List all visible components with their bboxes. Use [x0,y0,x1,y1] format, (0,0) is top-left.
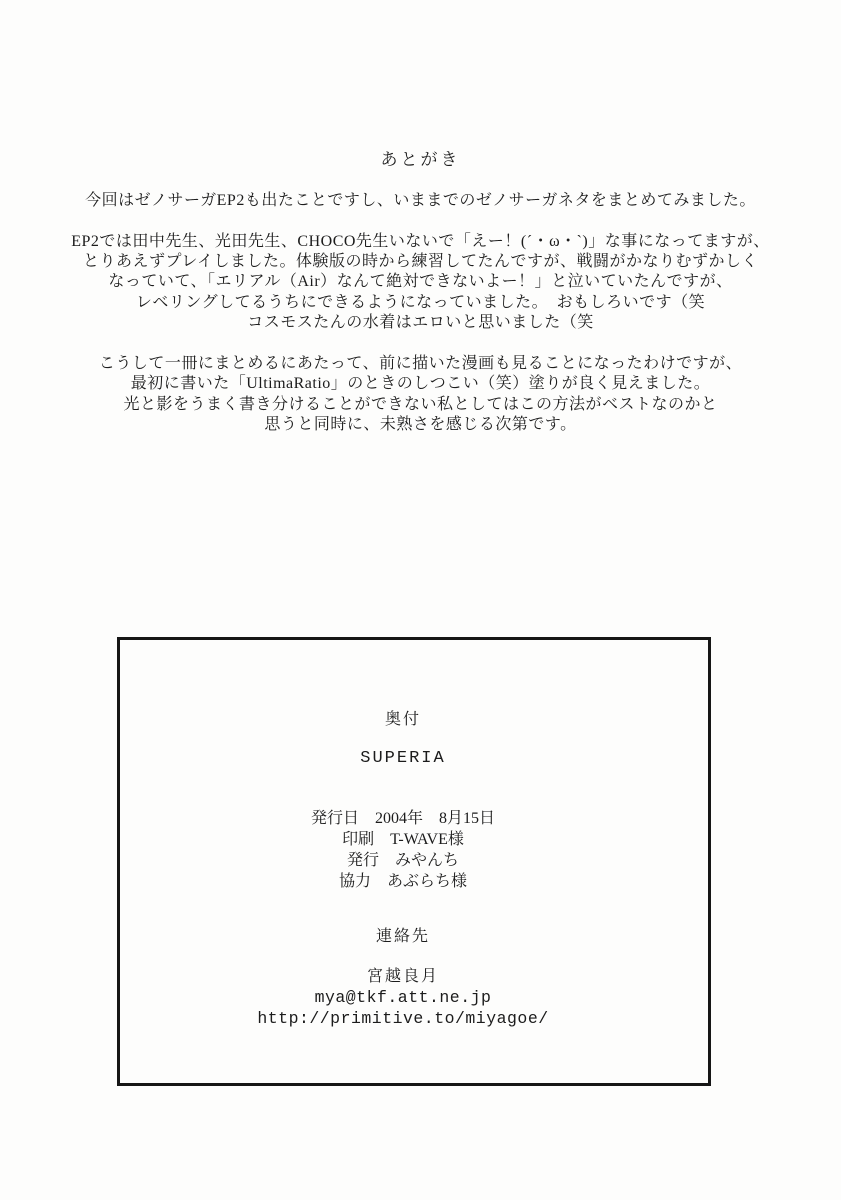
text-line: 思うと同時に、未熟さを感じる次第です。 [0,415,841,435]
text-line: 光と影をうまく書き分けることができない私としてはこの方法がベストなのかと [0,395,841,415]
detail-line-issue-date: 発行日 2004年 8月15日 [120,808,686,829]
email-address: mya@tkf.att.ne.jp [120,987,686,1008]
afterword-section: あとがき 今回はゼノサーガEP2も出たことですし、いままでのゼノサーガネタをまと… [0,150,841,436]
colophon-box: 奥付 SUPERIA 発行日 2004年 8月15日 印刷 T-WAVE様 発行… [117,637,711,1086]
text-line: とりあえずプレイしました。体験版の時から練習してたんですが、戦闘がかなりむずかし… [0,252,841,272]
afterword-title: あとがき [0,150,841,170]
detail-line-cooperation: 協力 あぶらち様 [120,871,686,892]
website-url: http://primitive.to/miyagoe/ [120,1008,686,1029]
author-name: 宮越良月 [120,966,686,987]
colophon-heading: 奥付 [120,709,686,730]
scanned-afterword-page: あとがき 今回はゼノサーガEP2も出たことですし、いままでのゼノサーガネタをまと… [0,0,841,1200]
text-line: EP2では田中先生、光田先生、CHOCO先生いないで「えー！(´・ω・`)」な事… [0,232,841,252]
text-line: 今回はゼノサーガEP2も出たことですし、いままでのゼノサーガネタをまとめてみまし… [0,191,841,211]
text-line: コスモスたんの水着はエロいと思いました（笑 [0,313,841,333]
book-title: SUPERIA [120,748,686,769]
text-line: レベリングしてるうちにできるようになっていました。 おもしろいです（笑 [0,293,841,313]
afterword-paragraph-3: こうして一冊にまとめるにあたって、前に描いた漫画も見ることになったわけですが、 … [0,354,841,436]
text-line: 最初に書いた「UltimaRatio」のときのしつこい（笑）塗りが良く見えました… [0,374,841,394]
text-line: こうして一冊にまとめるにあたって、前に描いた漫画も見ることになったわけですが、 [0,354,841,374]
detail-line-printer: 印刷 T-WAVE様 [120,829,686,850]
text-line: なっていて、「エリアル（Air）なんて絶対できないよー！」と泣いていたんですが、 [0,272,841,292]
publication-details: 発行日 2004年 8月15日 印刷 T-WAVE様 発行 みやんち 協力 あぶ… [120,808,686,892]
afterword-paragraph-2: EP2では田中先生、光田先生、CHOCO先生いないで「えー！(´・ω・`)」な事… [0,232,841,334]
detail-line-publisher: 発行 みやんち [120,850,686,871]
contact-heading: 連絡先 [120,926,686,947]
afterword-paragraph-1: 今回はゼノサーガEP2も出たことですし、いままでのゼノサーガネタをまとめてみまし… [0,191,841,211]
